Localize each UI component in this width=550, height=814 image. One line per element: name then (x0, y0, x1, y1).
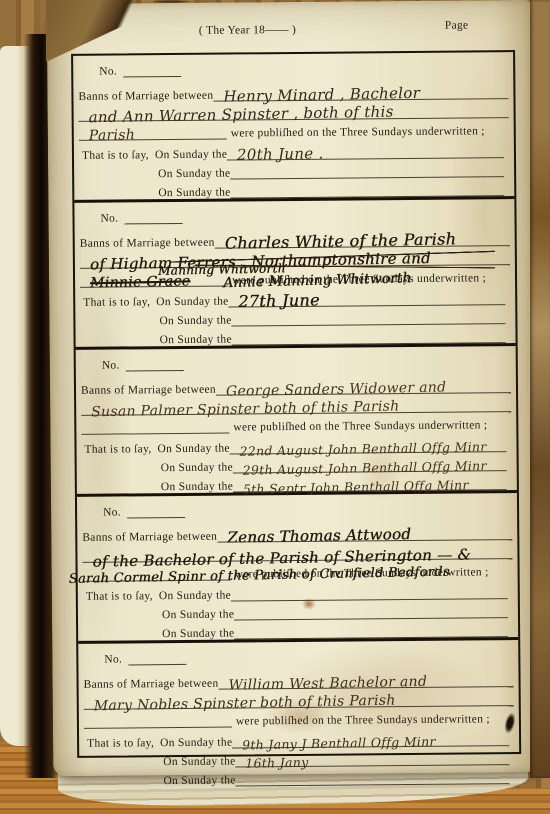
handwritten-names: Parish (89, 127, 136, 144)
on-sunday-label: On Sunday the (158, 187, 230, 200)
banns-entry-1: No. Banns of Marriage between Henry Mina… (73, 52, 514, 200)
published-label: were publiſhed on the Three Sundays unde… (236, 713, 490, 727)
that-is-label: That is to ſay, (84, 443, 151, 456)
on-sunday-label: On Sunday the (162, 609, 234, 622)
that-is-label: That is to ſay, (86, 590, 153, 603)
on-sunday-label: On Sunday the (155, 149, 227, 162)
date-line: 20th June . (227, 140, 504, 160)
worn-page-edge (530, 0, 550, 778)
handwritten-date: 27th June (238, 290, 320, 311)
that-is-label: That is to ſay, (83, 296, 150, 309)
published-label: were publiſhed on the Three Sundays unde… (231, 125, 485, 139)
date-line: 22nd August John Benthall Offg Minr (230, 434, 507, 454)
no-blank-line (127, 502, 185, 519)
on-sunday-label: On Sunday the (157, 443, 229, 456)
on-sunday-label: On Sunday the (159, 315, 231, 328)
on-sunday-label: On Sunday the (158, 168, 230, 181)
on-sunday-label: On Sunday the (160, 334, 232, 347)
no-label: No. (99, 66, 117, 78)
that-is-label: That is to ſay, (87, 737, 154, 750)
on-sunday-label: On Sunday the (161, 481, 233, 494)
on-sunday-label: On Sunday the (163, 775, 235, 788)
date-line (232, 325, 506, 345)
on-sunday-label: On Sunday the (160, 737, 232, 750)
banns-entry-2: No. Banns of Marriage between Charles Wh… (74, 196, 515, 347)
on-sunday-label: On Sunday the (161, 462, 233, 475)
no-blank-line (123, 61, 181, 78)
no-label: No. (100, 213, 118, 225)
banns-entry-4: No. Banns of Marriage between Zenas Thom… (77, 490, 518, 641)
no-blank-line (126, 355, 184, 372)
date-line (231, 581, 508, 601)
banns-form-border: No. Banns of Marriage between Henry Mina… (71, 50, 521, 758)
handwritten-date: 16th Jany (245, 755, 309, 771)
on-sunday-label: On Sunday the (162, 628, 234, 641)
date-line (230, 178, 504, 198)
on-sunday-label: On Sunday the (163, 756, 235, 769)
on-sunday-label: On Sunday the (159, 590, 231, 603)
published-label: were publiſhed on the Three Sundays unde… (233, 419, 487, 433)
handwritten-date: 20th June . (237, 144, 324, 164)
date-line: 27th June (228, 287, 505, 307)
page-number-label: Page (445, 19, 469, 31)
date-line: 9th Jany J Benthall Offg Minr (232, 728, 509, 748)
year-header: ( The Year 18—— ) (199, 24, 296, 37)
no-label: No. (103, 506, 121, 518)
no-label: No. (104, 653, 122, 665)
no-label: No. (102, 360, 120, 372)
banns-entry-5: No. Banns of Marriage between William We… (78, 637, 519, 788)
no-blank-line (124, 208, 182, 225)
no-blank-line (128, 649, 186, 666)
date-line (234, 600, 508, 620)
on-sunday-label: On Sunday the (156, 296, 228, 309)
banns-entry-3: No. Banns of Marriage between George San… (76, 343, 517, 494)
date-line (234, 619, 508, 639)
handwritten-names: Zenas Thomas Attwood (227, 525, 411, 547)
that-is-label: That is to ſay, (82, 149, 149, 162)
register-page: ( The Year 18—— ) Page No. Banns of Marr… (47, 0, 538, 776)
